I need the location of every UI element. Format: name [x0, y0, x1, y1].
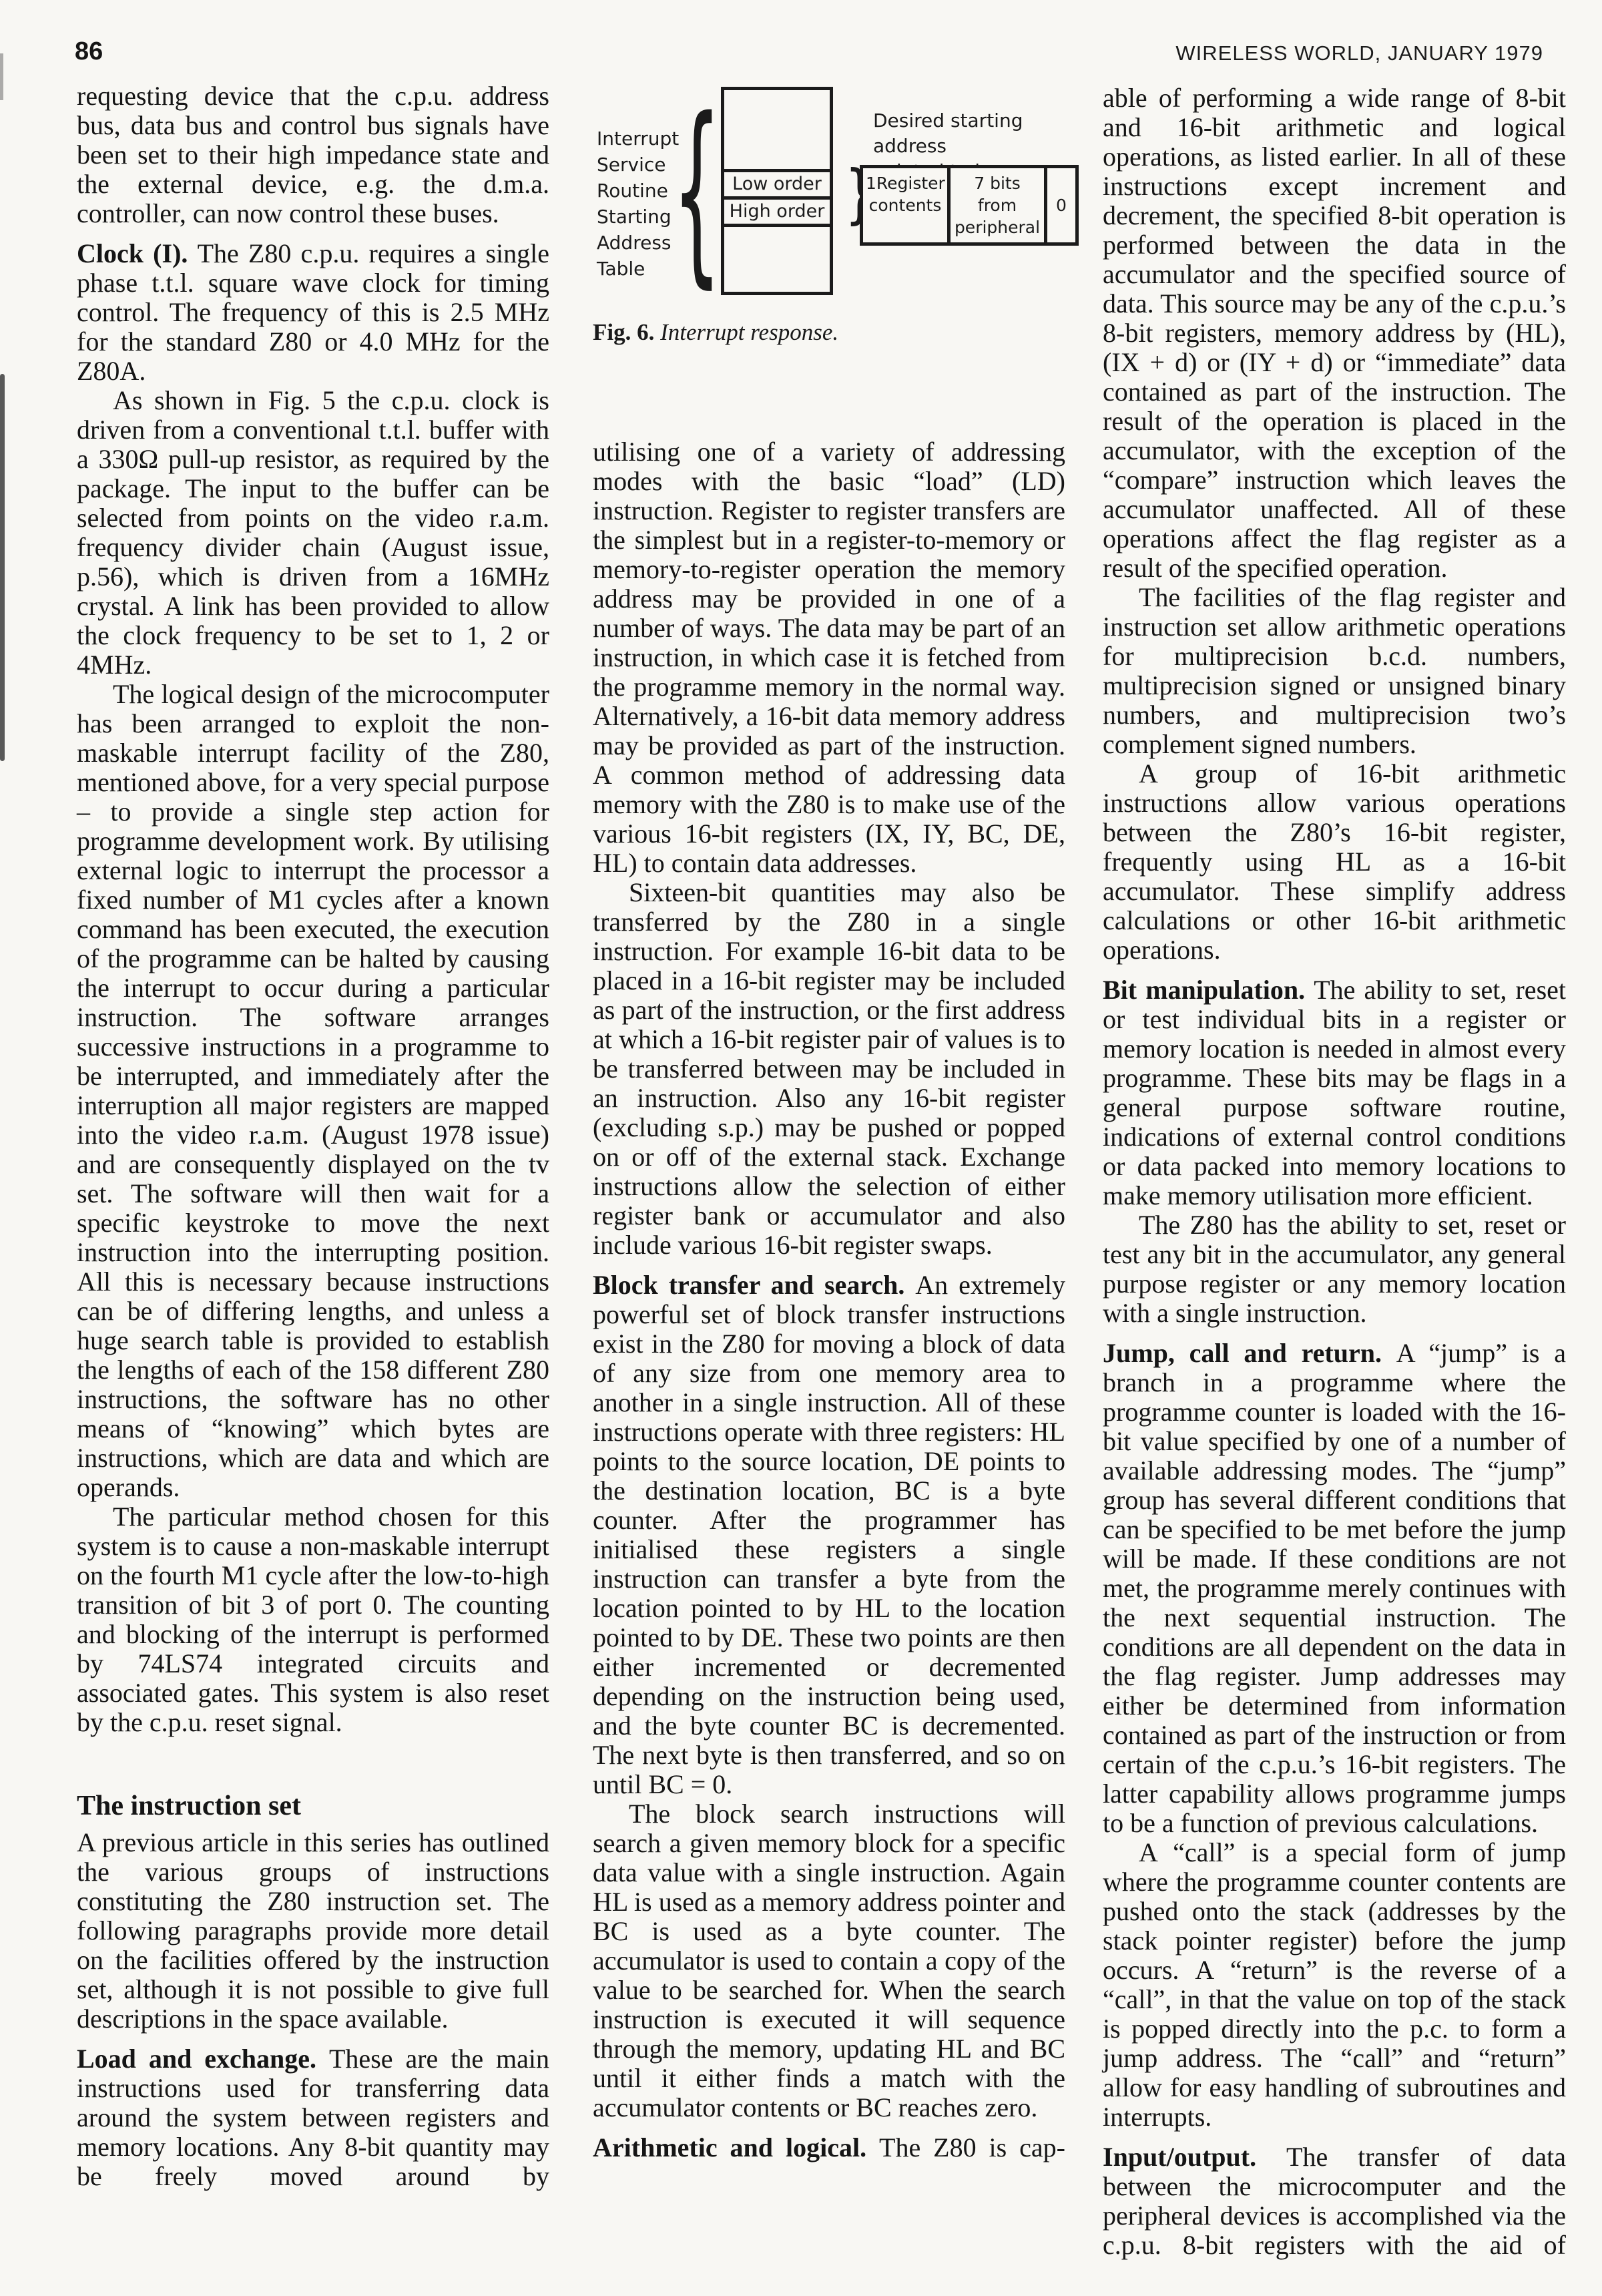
paragraph: able of performing a wide range of 8-bit…: [1103, 83, 1566, 583]
figure-cell-register-contents: 1Register contents: [860, 165, 951, 246]
left-brace-icon: {: [667, 93, 726, 290]
paragraph: A “call” is a special form of jump where…: [1103, 1838, 1566, 2132]
figure-cell-low-order: Low order: [721, 169, 833, 200]
figure-order-cells: Low order High order: [721, 169, 833, 227]
figure-caption-title: Interrupt response.: [654, 319, 838, 345]
paragraph: As shown in Fig. 5 the c.p.u. clock is d…: [77, 386, 549, 680]
paragraph-lead: Block transfer and search.: [593, 1270, 915, 1300]
paragraph: The logical design of the microcomputer …: [77, 680, 549, 1502]
section-heading: The instruction set: [77, 1791, 549, 1821]
journal-header: WIRELESS WORLD, JANUARY 1979: [1175, 41, 1543, 65]
figure-memory-table-box: Low order High order: [721, 87, 833, 295]
paragraph-lead: Clock (I).: [77, 238, 198, 268]
paragraph: Jump, call and return. A “jump” is a bra…: [1103, 1339, 1566, 1838]
paragraph-lead: Load and exchange.: [77, 2044, 329, 2074]
paragraph: Sixteen-bit quantities may also be trans…: [593, 878, 1065, 1260]
paragraph: Arithmetic and logical. The Z80 is cap-: [593, 2133, 1065, 2162]
text-column-middle: utilising one of a variety of addressing…: [593, 437, 1065, 2162]
paragraph-lead: Bit manipulation.: [1103, 975, 1314, 1005]
figure-caption-number: Fig. 6.: [593, 319, 654, 345]
figure-side-label: Interrupt Service Routine Starting Addre…: [597, 126, 679, 282]
paragraph: Input/output. The transfer of data betwe…: [1103, 2142, 1566, 2260]
page-number: 86: [75, 37, 103, 66]
paragraph-lead: Input/output.: [1103, 2142, 1286, 2172]
paragraph: The Z80 has the ability to set, reset or…: [1103, 1210, 1566, 1328]
paragraph: Clock (I). The Z80 c.p.u. requires a sin…: [77, 239, 549, 386]
figure-cell-zero: 0: [1044, 165, 1079, 246]
paragraph-lead: Arithmetic and logical.: [593, 2132, 879, 2162]
paragraph-lead: Jump, call and return.: [1103, 1338, 1396, 1368]
magazine-page: 86 WIRELESS WORLD, JANUARY 1979 Interrup…: [0, 0, 1602, 2296]
scan-artifact-left-edge: [0, 374, 5, 761]
paragraph: A previous article in this series has ou…: [77, 1828, 549, 2034]
paragraph: The block search instructions will searc…: [593, 1799, 1065, 2122]
figure-cell-high-order: High order: [721, 196, 833, 227]
text-column-left: requesting device that the c.p.u. addres…: [77, 81, 549, 2191]
paragraph: Block transfer and search. An extremely …: [593, 1271, 1065, 1799]
paragraph: The particular method chosen for this sy…: [77, 1502, 549, 1737]
paragraph: The facilities of the flag register and …: [1103, 583, 1566, 759]
figure-cell-bits-from-peripheral: 7 bits from peripheral: [947, 165, 1047, 246]
figure-6-interrupt-response: Interrupt Service Routine Starting Addre…: [593, 73, 1068, 421]
paragraph: A group of 16-bit arithmetic instruction…: [1103, 759, 1566, 965]
text-column-right: able of performing a wide range of 8-bit…: [1103, 83, 1566, 2260]
paragraph: Bit manipulation. The ability to set, re…: [1103, 975, 1566, 1210]
scan-artifact-corner: [0, 53, 3, 100]
paragraph: Load and exchange. These are the main in…: [77, 2044, 549, 2191]
figure-address-boxes: 1Register contents 7 bits from periphera…: [860, 165, 1079, 246]
paragraph: requesting device that the c.p.u. addres…: [77, 81, 549, 228]
paragraph: utilising one of a variety of addressing…: [593, 437, 1065, 878]
figure-caption: Fig. 6. Interrupt response.: [593, 319, 838, 346]
